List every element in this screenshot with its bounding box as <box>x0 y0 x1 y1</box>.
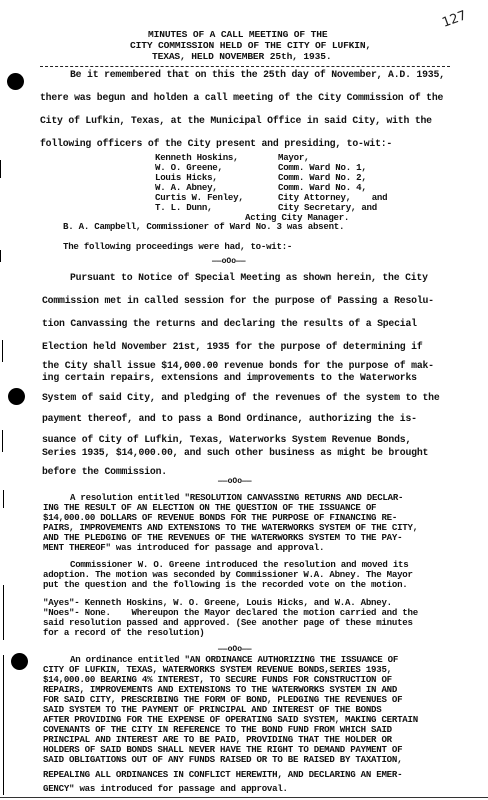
officer-name: T. L. Dunn, <box>155 203 212 213</box>
absent-note: B. A. Campbell, Commissioner of Ward No.… <box>63 222 344 232</box>
opening-line: following officers of the City present a… <box>40 138 392 149</box>
section-separator: ——oOo—— <box>218 477 252 486</box>
opening-line: there was begun and holden a call meetin… <box>40 92 443 103</box>
title-line-2: CITY COMMISSION HELD OF THE CITY OF LUFK… <box>130 41 371 51</box>
margin-mark <box>0 160 1 178</box>
paragraph-line: before the Commission. <box>42 466 167 477</box>
margin-mark <box>3 585 4 640</box>
punch-hole-bottom <box>11 653 28 670</box>
paragraph-line: System of said City, and pledging of the… <box>42 392 440 403</box>
opening-line: City of Lufkin, Texas, at the Municipal … <box>40 115 432 126</box>
margin-mark <box>2 340 3 362</box>
margin-mark <box>0 250 1 262</box>
punch-hole-middle <box>8 388 25 405</box>
margin-mark <box>3 655 4 795</box>
document-page: 127 MINUTES OF A CALL MEETING OF THE CIT… <box>0 0 488 800</box>
punch-hole-top <box>7 73 24 90</box>
ordinance-line: SAID OBLIGATIONS OUT OF ANY FUNDS RAISED… <box>43 755 402 765</box>
paragraph-line: Pursuant to Notice of Special Meeting as… <box>70 272 428 283</box>
motion-line: put the question and the following is th… <box>43 580 408 590</box>
paragraph-line: Election held November 21st, 1935 for th… <box>42 341 423 352</box>
title-divider <box>40 66 450 67</box>
section-separator: ——oOo—— <box>212 257 246 266</box>
opening-line: Be it remembered that on this the 25th d… <box>70 69 445 80</box>
resolution-line: MENT THEREOF" was introduced for passage… <box>43 543 324 553</box>
proceedings-intro: The following proceedings were had, to-w… <box>63 242 292 252</box>
paragraph-line: the City shall issue $14,000.00 revenue … <box>42 360 434 371</box>
paragraph-line: ing certain repairs, extensions and impr… <box>42 372 417 383</box>
paragraph-line: Series 1935, $14,000.00, and such other … <box>42 447 428 458</box>
page-number: 127 <box>440 8 468 31</box>
margin-mark <box>3 490 4 508</box>
bottom-scan-edge <box>0 797 488 798</box>
paragraph-line: suance of City of Lufkin, Texas, Waterwo… <box>42 434 411 445</box>
ordinance-line: REPEALING ALL ORDINANCES IN CONFLICT HER… <box>43 770 402 780</box>
title-line-1: MINUTES OF A CALL MEETING OF THE <box>148 30 327 40</box>
margin-mark <box>2 430 3 452</box>
title-line-3: TEXAS, HELD NOVEMBER 25th, 1935. <box>152 52 331 62</box>
section-separator: ——oOo—— <box>218 645 252 654</box>
paragraph-line: tion Canvassing the returns and declarin… <box>42 318 417 329</box>
vote-line: for a record of the resolution) <box>43 628 204 638</box>
ordinance-line: GENCY" was introduced for passage and ap… <box>43 784 288 794</box>
paragraph-line: Commission met in called session for the… <box>42 295 434 306</box>
paragraph-line: payment thereof, and to pass a Bond Ordi… <box>42 413 417 424</box>
